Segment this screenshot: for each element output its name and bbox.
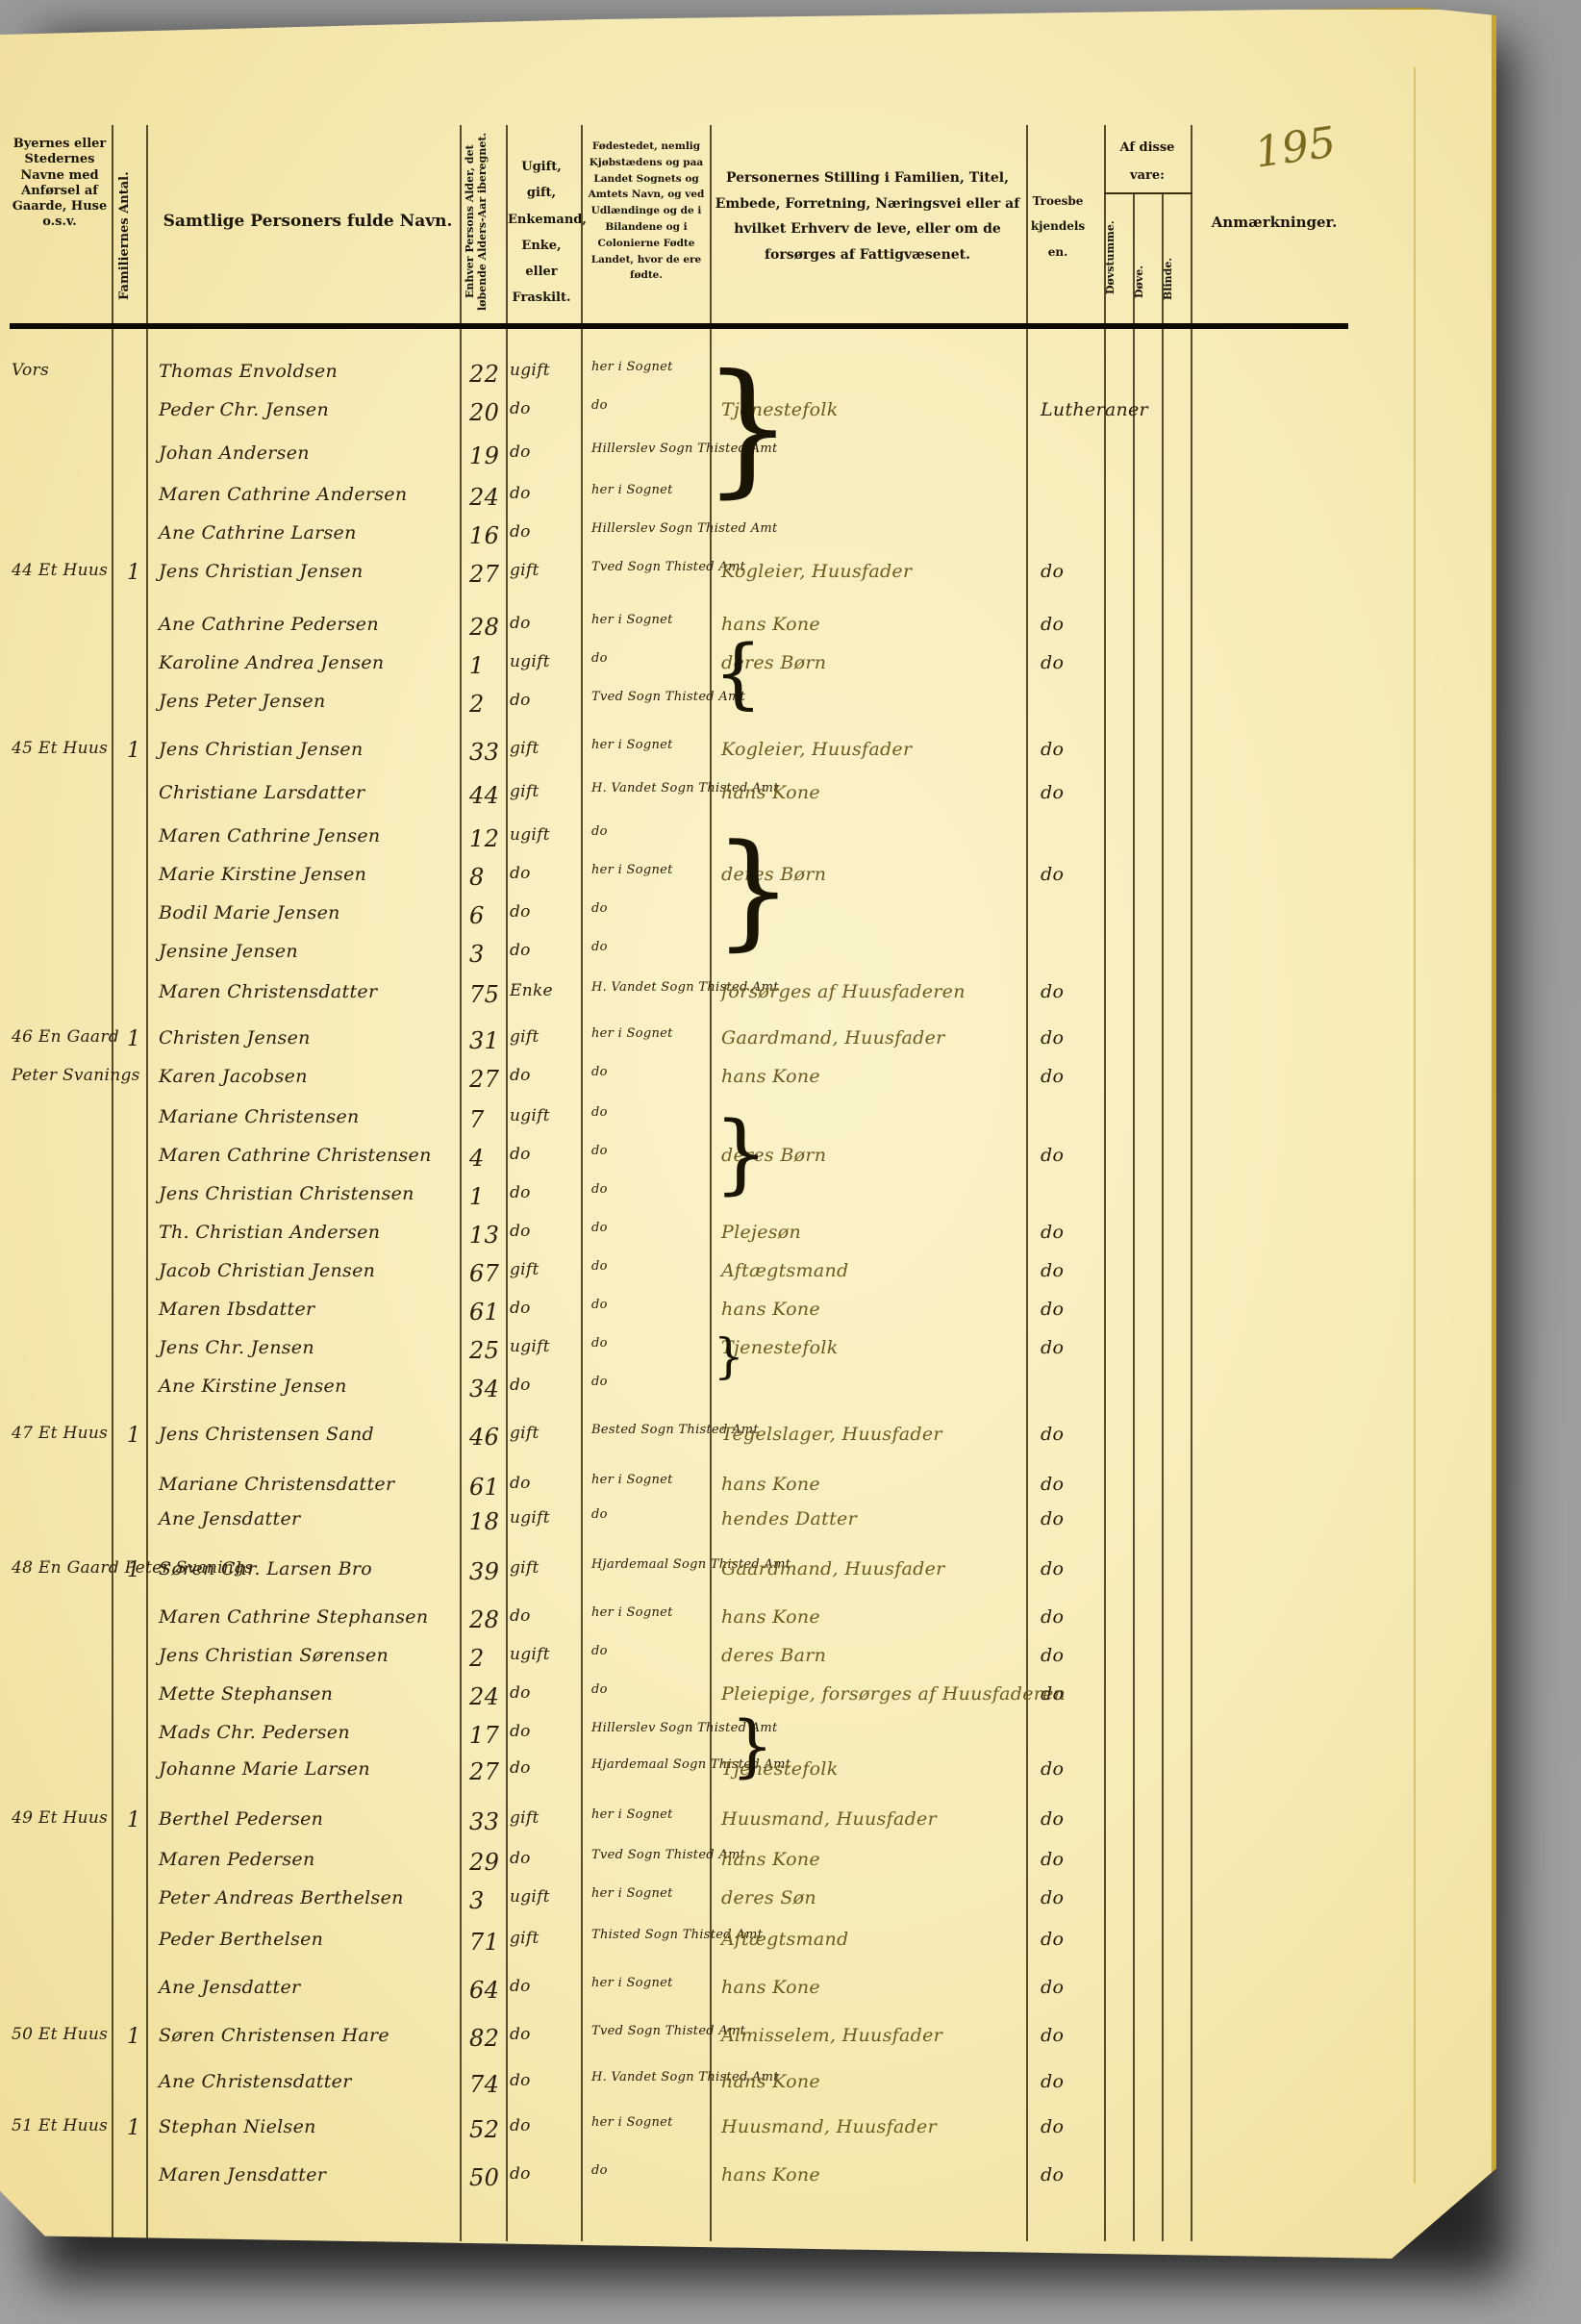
house-cell: 44 Et Huus bbox=[12, 561, 146, 580]
header-blind: Blinde. bbox=[1162, 245, 1187, 313]
occupation-cell: Gaardmand, Huusfader bbox=[721, 1027, 1029, 1048]
census-row: Maren Christensdatter 75 Enke H. Vandet … bbox=[0, 981, 1250, 1020]
age-cell: 4 bbox=[469, 1145, 513, 1172]
person-name-cell: Maren Jensdatter bbox=[159, 2164, 466, 2185]
birthplace-cell: Thisted Sogn Thisted Amt bbox=[591, 1929, 716, 1942]
civil-status-cell: do bbox=[510, 1376, 577, 1395]
person-name-cell: Bodil Marie Jensen bbox=[159, 902, 466, 923]
faith-cell: do bbox=[1041, 1260, 1098, 1281]
birthplace-cell: her i Sognet bbox=[591, 1606, 716, 1620]
person-name-cell: Christen Jensen bbox=[159, 1027, 466, 1048]
occupation-cell: Kogleier, Huusfader bbox=[721, 561, 1029, 582]
occupation-cell: Tegelslager, Huusfader bbox=[721, 1424, 1029, 1445]
birthplace-cell: Hillerslev Sogn Thisted Amt bbox=[591, 1722, 716, 1735]
age-cell: 24 bbox=[469, 484, 513, 511]
occupation-cell: Almisselem, Huusfader bbox=[721, 2025, 1029, 2046]
age-cell: 16 bbox=[469, 522, 513, 549]
civil-status-cell: ugift bbox=[510, 1106, 577, 1125]
faith-cell: do bbox=[1041, 2025, 1098, 2046]
house-cell: 47 Et Huus bbox=[12, 1424, 146, 1443]
person-name-cell: Jens Christian Jensen bbox=[159, 561, 466, 582]
age-cell: 3 bbox=[469, 1887, 513, 1914]
birthplace-cell: her i Sognet bbox=[591, 864, 716, 877]
faith-cell: do bbox=[1041, 1508, 1098, 1529]
header-occupation: Personernes Stilling i Familien, Titel, … bbox=[714, 165, 1021, 267]
occupation-cell: hans Kone bbox=[721, 782, 1029, 803]
census-row: Ane Cathrine Larsen 16 do Hillerslev Sog… bbox=[0, 522, 1250, 561]
civil-status-cell: do bbox=[510, 902, 577, 922]
birthplace-cell: do bbox=[591, 1222, 716, 1235]
age-cell: 33 bbox=[469, 739, 513, 766]
census-row: 44 Et Huus 1 Jens Christian Jensen 27 gi… bbox=[0, 561, 1250, 599]
birthplace-cell: Hjardemaal Sogn Thisted Amt bbox=[591, 1558, 716, 1572]
occupation-cell: hans Kone bbox=[721, 1066, 1029, 1087]
faith-cell: do bbox=[1041, 1424, 1098, 1445]
age-cell: 29 bbox=[469, 1849, 513, 1876]
person-name-cell: Jens Christensen Sand bbox=[159, 1424, 466, 1445]
birthplace-cell: Hjardemaal Sogn Thisted Amt bbox=[591, 1758, 716, 1772]
faith-cell: do bbox=[1041, 1299, 1098, 1320]
birthplace-cell: do bbox=[591, 2164, 716, 2178]
age-cell: 1 bbox=[469, 652, 513, 679]
birthplace-cell: do bbox=[591, 825, 716, 839]
faith-cell: do bbox=[1041, 1887, 1098, 1908]
census-row: Karoline Andrea Jensen 1 ugift do deres … bbox=[0, 652, 1250, 691]
birthplace-cell: do bbox=[591, 1508, 716, 1522]
faith-cell: do bbox=[1041, 1222, 1098, 1243]
header-house: Byernes eller Stedernes Navne med Anførs… bbox=[12, 137, 108, 231]
age-cell: 12 bbox=[469, 825, 513, 852]
census-row: Marie Kirstine Jensen 8 do her i Sognet … bbox=[0, 864, 1250, 902]
faith-cell: do bbox=[1041, 652, 1098, 673]
civil-status-cell: do bbox=[510, 1183, 577, 1202]
civil-status-cell: do bbox=[510, 1606, 577, 1626]
occupation-cell: Huusmand, Huusfader bbox=[721, 2116, 1029, 2137]
occupation-cell: Tjenestefolk bbox=[721, 1337, 1029, 1358]
civil-status-cell: do bbox=[510, 2071, 577, 2090]
birthplace-cell: Tved Sogn Thisted Amt bbox=[591, 561, 716, 574]
person-name-cell: Mads Chr. Pedersen bbox=[159, 1722, 466, 1743]
birthplace-cell: do bbox=[591, 399, 716, 413]
birthplace-cell: her i Sognet bbox=[591, 1474, 716, 1487]
family-count-cell: 1 bbox=[127, 1424, 156, 1448]
census-page: 195 Byernes eller Stedernes Navne med An… bbox=[0, 8, 1496, 2259]
birthplace-cell: do bbox=[591, 1299, 716, 1312]
person-name-cell: Jens Chr. Jensen bbox=[159, 1337, 466, 1358]
civil-status-cell: gift bbox=[510, 561, 577, 580]
census-row: 50 Et Huus 1 Søren Christensen Hare 82 d… bbox=[0, 2025, 1250, 2063]
person-name-cell: Maren Cathrine Jensen bbox=[159, 825, 466, 846]
birthplace-cell: Hillerslev Sogn Thisted Amt bbox=[591, 442, 716, 456]
census-row: Ane Christensdatter 74 do H. Vandet Sogn… bbox=[0, 2071, 1250, 2109]
person-name-cell: Maren Christensdatter bbox=[159, 981, 466, 1002]
census-row: 46 En Gaard 1 Christen Jensen 31 gift he… bbox=[0, 1027, 1250, 1066]
header-deaf-mute: Døvstumme. bbox=[1104, 202, 1131, 313]
age-cell: 28 bbox=[469, 614, 513, 641]
census-row: Peter Svanings Karen Jacobsen 27 do do h… bbox=[0, 1066, 1250, 1104]
person-name-cell: Maren Ibsdatter bbox=[159, 1299, 466, 1320]
census-row: 48 En Gaard Peter Svanings 1 Søren Chr. … bbox=[0, 1558, 1250, 1597]
civil-status-cell: do bbox=[510, 484, 577, 503]
civil-status-cell: ugift bbox=[510, 361, 577, 380]
census-row: Jens Chr. Jensen 25 ugift do Tjenestefol… bbox=[0, 1337, 1250, 1376]
faith-cell: do bbox=[1041, 614, 1098, 635]
occupation-cell: Kogleier, Huusfader bbox=[721, 739, 1029, 760]
civil-status-cell: ugift bbox=[510, 1508, 577, 1528]
occupation-cell: Plejesøn bbox=[721, 1222, 1029, 1243]
brace-icon: { bbox=[714, 635, 763, 712]
census-row: Maren Cathrine Stephansen 28 do her i So… bbox=[0, 1606, 1250, 1645]
faith-cell: do bbox=[1041, 1808, 1098, 1830]
faith-cell: do bbox=[1041, 1645, 1098, 1666]
family-count-cell: 1 bbox=[127, 1027, 156, 1051]
person-name-cell: Peder Chr. Jensen bbox=[159, 399, 466, 420]
faith-cell: do bbox=[1041, 1558, 1098, 1579]
civil-status-cell: gift bbox=[510, 1424, 577, 1443]
faith-cell: do bbox=[1041, 2071, 1098, 2092]
civil-status-cell: do bbox=[510, 399, 577, 418]
birthplace-cell: do bbox=[591, 1106, 716, 1120]
age-cell: 74 bbox=[469, 2071, 513, 2098]
census-row: Ane Cathrine Pedersen 28 do her i Sognet… bbox=[0, 614, 1250, 652]
occupation-cell: deres Børn bbox=[721, 652, 1029, 673]
civil-status-cell: do bbox=[510, 941, 577, 960]
family-count-cell: 1 bbox=[127, 2116, 156, 2140]
brace-icon: } bbox=[714, 1332, 744, 1380]
age-cell: 6 bbox=[469, 902, 513, 929]
page-fold-edge bbox=[1414, 67, 1416, 2184]
census-row: Ane Jensdatter 18 ugift do hendes Datter… bbox=[0, 1508, 1250, 1547]
census-row: Johan Andersen 19 do Hillerslev Sogn Thi… bbox=[0, 442, 1250, 481]
civil-status-cell: do bbox=[510, 1145, 577, 1164]
faith-cell: do bbox=[1041, 1758, 1098, 1780]
person-name-cell: Ane Jensdatter bbox=[159, 1508, 466, 1529]
person-name-cell: Thomas Envoldsen bbox=[159, 361, 466, 382]
occupation-cell: forsørges af Huusfaderen bbox=[721, 981, 1029, 1002]
age-cell: 50 bbox=[469, 2164, 513, 2191]
civil-status-cell: do bbox=[510, 1683, 577, 1703]
house-cell: 48 En Gaard Peter Svanings bbox=[12, 1558, 146, 1578]
age-cell: 28 bbox=[469, 1606, 513, 1633]
age-cell: 3 bbox=[469, 941, 513, 968]
person-name-cell: Ane Jensdatter bbox=[159, 1977, 466, 1998]
person-name-cell: Karoline Andrea Jensen bbox=[159, 652, 466, 673]
person-name-cell: Mariane Christensdatter bbox=[159, 1474, 466, 1495]
person-name-cell: Christiane Larsdatter bbox=[159, 782, 466, 803]
census-row: Christiane Larsdatter 44 gift H. Vandet … bbox=[0, 782, 1250, 821]
age-cell: 20 bbox=[469, 399, 513, 426]
age-cell: 71 bbox=[469, 1929, 513, 1956]
house-cell: 51 Et Huus bbox=[12, 2116, 146, 2135]
person-name-cell: Johan Andersen bbox=[159, 442, 466, 464]
person-name-cell: Ane Kirstine Jensen bbox=[159, 1376, 466, 1397]
census-row: Maren Cathrine Andersen 24 do her i Sogn… bbox=[0, 484, 1250, 522]
age-cell: 31 bbox=[469, 1027, 513, 1054]
faith-cell: do bbox=[1041, 739, 1098, 760]
person-name-cell: Mariane Christensen bbox=[159, 1106, 466, 1127]
birthplace-cell: her i Sognet bbox=[591, 484, 716, 497]
occupation-cell: hans Kone bbox=[721, 2164, 1029, 2185]
birthplace-cell: do bbox=[591, 652, 716, 666]
age-cell: 44 bbox=[469, 782, 513, 809]
house-cell: Vors bbox=[12, 361, 146, 380]
census-row: Jens Christian Sørensen 2 ugift do deres… bbox=[0, 1645, 1250, 1683]
birthplace-cell: Tved Sogn Thisted Amt bbox=[591, 1849, 716, 1862]
birthplace-cell: H. Vandet Sogn Thisted Amt bbox=[591, 782, 716, 796]
civil-status-cell: ugift bbox=[510, 652, 577, 671]
birthplace-cell: do bbox=[591, 1260, 716, 1274]
age-cell: 75 bbox=[469, 981, 513, 1008]
census-row: Maren Cathrine Christensen 4 do do deres… bbox=[0, 1145, 1250, 1183]
birthplace-cell: her i Sognet bbox=[591, 1977, 716, 1990]
census-row: Ane Jensdatter 64 do her i Sognet hans K… bbox=[0, 1977, 1250, 2015]
person-name-cell: Peter Andreas Berthelsen bbox=[159, 1887, 466, 1908]
civil-status-cell: gift bbox=[510, 1808, 577, 1828]
occupation-cell: hans Kone bbox=[721, 1977, 1029, 1998]
person-name-cell: Jens Christian Christensen bbox=[159, 1183, 466, 1204]
civil-status-cell: do bbox=[510, 1066, 577, 1085]
birthplace-cell: do bbox=[591, 1376, 716, 1389]
occupation-cell: hans Kone bbox=[721, 1474, 1029, 1495]
birthplace-cell: her i Sognet bbox=[591, 1808, 716, 1822]
civil-status-cell: gift bbox=[510, 1558, 577, 1578]
person-name-cell: Th. Christian Andersen bbox=[159, 1222, 466, 1243]
occupation-cell: Aftægtsmand bbox=[721, 1929, 1029, 1950]
census-row: Peter Andreas Berthelsen 3 ugift her i S… bbox=[0, 1887, 1250, 1926]
faith-cell: do bbox=[1041, 1849, 1098, 1870]
age-cell: 18 bbox=[469, 1508, 513, 1535]
birthplace-cell: H. Vandet Sogn Thisted Amt bbox=[591, 981, 716, 995]
faith-cell: do bbox=[1041, 1474, 1098, 1495]
faith-cell: do bbox=[1041, 1683, 1098, 1705]
header-birthplace: Fødestedet, nemlig Kjøbstædens og paa La… bbox=[583, 139, 710, 284]
civil-status-cell: do bbox=[510, 864, 577, 883]
disability-subheader-rule bbox=[1104, 192, 1192, 194]
age-cell: 7 bbox=[469, 1106, 513, 1133]
family-count-cell: 1 bbox=[127, 739, 156, 763]
age-cell: 39 bbox=[469, 1558, 513, 1585]
person-name-cell: Maren Pedersen bbox=[159, 1849, 466, 1870]
birthplace-cell: do bbox=[591, 941, 716, 954]
birthplace-cell: her i Sognet bbox=[591, 739, 716, 752]
brace-icon: } bbox=[702, 356, 793, 500]
birthplace-cell: do bbox=[591, 1145, 716, 1158]
age-cell: 27 bbox=[469, 1758, 513, 1785]
age-cell: 64 bbox=[469, 1977, 513, 2004]
census-row: Jensine Jensen 3 do do bbox=[0, 941, 1250, 979]
civil-status-cell: gift bbox=[510, 1929, 577, 1948]
person-name-cell: Søren Christensen Hare bbox=[159, 2025, 466, 2046]
age-cell: 8 bbox=[469, 864, 513, 891]
birthplace-cell: do bbox=[591, 1683, 716, 1697]
census-row: Jacob Christian Jensen 67 gift do Aftægt… bbox=[0, 1260, 1250, 1299]
age-cell: 61 bbox=[469, 1474, 513, 1501]
birthplace-cell: her i Sognet bbox=[591, 614, 716, 627]
person-name-cell: Johanne Marie Larsen bbox=[159, 1758, 466, 1780]
civil-status-cell: do bbox=[510, 442, 577, 462]
person-name-cell: Ane Cathrine Larsen bbox=[159, 522, 466, 543]
census-row: Mads Chr. Pedersen 17 do Hillerslev Sogn… bbox=[0, 1722, 1250, 1760]
civil-status-cell: do bbox=[510, 1849, 577, 1868]
faith-cell: do bbox=[1041, 2164, 1098, 2185]
faith-cell: do bbox=[1041, 1145, 1098, 1166]
faith-cell: do bbox=[1041, 782, 1098, 803]
civil-status-cell: ugift bbox=[510, 1645, 577, 1664]
brace-icon: } bbox=[714, 1111, 768, 1198]
header-faith: Troesbekjendelsen. bbox=[1029, 189, 1087, 265]
civil-status-cell: do bbox=[510, 1222, 577, 1241]
header-rule bbox=[10, 323, 1348, 329]
census-row: Vors Thomas Envoldsen 22 ugift her i Sog… bbox=[0, 361, 1250, 399]
civil-status-cell: Enke bbox=[510, 981, 577, 1000]
age-cell: 27 bbox=[469, 561, 513, 588]
house-cell: 50 Et Huus bbox=[12, 2025, 146, 2044]
age-cell: 22 bbox=[469, 361, 513, 388]
folio-number: 195 bbox=[1252, 117, 1339, 177]
person-name-cell: Maren Cathrine Stephansen bbox=[159, 1606, 466, 1628]
age-cell: 19 bbox=[469, 442, 513, 469]
person-name-cell: Maren Cathrine Christensen bbox=[159, 1145, 466, 1166]
age-cell: 1 bbox=[469, 1183, 513, 1210]
occupation-cell: hans Kone bbox=[721, 1849, 1029, 1870]
header-remarks: Anmærkninger. bbox=[1202, 214, 1346, 232]
age-cell: 27 bbox=[469, 1066, 513, 1093]
occupation-cell: hans Kone bbox=[721, 2071, 1029, 2092]
person-name-cell: Jens Christian Jensen bbox=[159, 739, 466, 760]
civil-status-cell: do bbox=[510, 522, 577, 542]
census-row: Peder Berthelsen 71 gift Thisted Sogn Th… bbox=[0, 1929, 1250, 1967]
census-row: Jens Christian Christensen 1 do do bbox=[0, 1183, 1250, 1222]
house-cell: 46 En Gaard bbox=[12, 1027, 146, 1047]
census-row: Johanne Marie Larsen 27 do Hjardemaal So… bbox=[0, 1758, 1250, 1797]
civil-status-cell: gift bbox=[510, 782, 577, 801]
person-name-cell: Peder Berthelsen bbox=[159, 1929, 466, 1950]
header-civil-status: Ugift, gift, Enkemand, Enke, eller Frask… bbox=[508, 154, 575, 312]
census-row: Mette Stephansen 24 do do Pleiepige, for… bbox=[0, 1683, 1250, 1722]
age-cell: 17 bbox=[469, 1722, 513, 1749]
occupation-cell: deres Søn bbox=[721, 1887, 1029, 1908]
person-name-cell: Jens Peter Jensen bbox=[159, 691, 466, 712]
birthplace-cell: her i Sognet bbox=[591, 2116, 716, 2130]
census-row: 49 Et Huus 1 Berthel Pedersen 33 gift he… bbox=[0, 1808, 1250, 1847]
civil-status-cell: do bbox=[510, 1977, 577, 1996]
birthplace-cell: her i Sognet bbox=[591, 1887, 716, 1901]
birthplace-cell: H. Vandet Sogn Thisted Amt bbox=[591, 2071, 716, 2084]
person-name-cell: Maren Cathrine Andersen bbox=[159, 484, 466, 505]
birthplace-cell: Tved Sogn Thisted Amt bbox=[591, 691, 716, 704]
person-name-cell: Jens Christian Sørensen bbox=[159, 1645, 466, 1666]
birthplace-cell: do bbox=[591, 1066, 716, 1079]
birthplace-cell: Tved Sogn Thisted Amt bbox=[591, 2025, 716, 2038]
age-cell: 33 bbox=[469, 1808, 513, 1835]
census-row: Bodil Marie Jensen 6 do do bbox=[0, 902, 1250, 941]
civil-status-cell: ugift bbox=[510, 1887, 577, 1907]
birthplace-cell: do bbox=[591, 1337, 716, 1351]
occupation-cell: Huusmand, Huusfader bbox=[721, 1808, 1029, 1830]
faith-cell: do bbox=[1041, 1606, 1098, 1628]
civil-status-cell: do bbox=[510, 1722, 577, 1741]
person-name-cell: Ane Christensdatter bbox=[159, 2071, 466, 2092]
birthplace-cell: her i Sognet bbox=[591, 1027, 716, 1041]
civil-status-cell: do bbox=[510, 691, 577, 710]
census-row: Maren Cathrine Jensen 12 ugift do bbox=[0, 825, 1250, 864]
birthplace-cell: Bested Sogn Thisted Amt bbox=[591, 1424, 716, 1437]
header-name: Samtlige Personers fulde Navn. bbox=[154, 212, 462, 232]
census-row: Th. Christian Andersen 13 do do Plejesøn… bbox=[0, 1222, 1250, 1260]
civil-status-cell: do bbox=[510, 2116, 577, 2135]
civil-status-cell: do bbox=[510, 1299, 577, 1318]
civil-status-cell: do bbox=[510, 1474, 577, 1493]
occupation-cell: deres Barn bbox=[721, 1645, 1029, 1666]
civil-status-cell: do bbox=[510, 2164, 577, 2184]
person-name-cell: Søren Chr. Larsen Bro bbox=[159, 1558, 466, 1579]
age-cell: 13 bbox=[469, 1222, 513, 1249]
age-cell: 46 bbox=[469, 1424, 513, 1451]
faith-cell: do bbox=[1041, 1337, 1098, 1358]
age-cell: 2 bbox=[469, 1645, 513, 1672]
census-row: Jens Peter Jensen 2 do Tved Sogn Thisted… bbox=[0, 691, 1250, 729]
age-cell: 52 bbox=[469, 2116, 513, 2143]
house-cell: Peter Svanings bbox=[12, 1066, 146, 1085]
census-row: Mariane Christensen 7 ugift do bbox=[0, 1106, 1250, 1145]
faith-cell: do bbox=[1041, 864, 1098, 885]
house-cell: 49 Et Huus bbox=[12, 1808, 146, 1828]
civil-status-cell: gift bbox=[510, 1260, 577, 1279]
person-name-cell: Stephan Nielsen bbox=[159, 2116, 466, 2137]
age-cell: 24 bbox=[469, 1683, 513, 1710]
age-cell: 82 bbox=[469, 2025, 513, 2052]
census-row: Maren Jensdatter 50 do do hans Kone do bbox=[0, 2164, 1250, 2203]
occupation-cell: hans Kone bbox=[721, 1299, 1029, 1320]
faith-cell: do bbox=[1041, 561, 1098, 582]
age-cell: 61 bbox=[469, 1299, 513, 1326]
family-count-cell: 1 bbox=[127, 1558, 156, 1582]
civil-status-cell: gift bbox=[510, 739, 577, 758]
header-deaf: Døve. bbox=[1133, 250, 1158, 313]
header-age: Enhver Persons Alder, det løbende Alders… bbox=[464, 123, 508, 320]
age-cell: 67 bbox=[469, 1260, 513, 1287]
faith-cell: Lutheraner bbox=[1041, 399, 1098, 420]
census-row: Mariane Christensdatter 61 do her i Sogn… bbox=[0, 1474, 1250, 1512]
faith-cell: do bbox=[1041, 2116, 1098, 2137]
occupation-cell: hans Kone bbox=[721, 614, 1029, 635]
family-count-cell: 1 bbox=[127, 1808, 156, 1832]
occupation-cell: Aftægtsmand bbox=[721, 1260, 1029, 1281]
header-disability-group: Af disse vare: bbox=[1104, 135, 1191, 189]
census-row: 47 Et Huus 1 Jens Christensen Sand 46 gi… bbox=[0, 1424, 1250, 1462]
civil-status-cell: gift bbox=[510, 1027, 577, 1047]
civil-status-cell: ugift bbox=[510, 825, 577, 845]
birthplace-cell: Hillerslev Sogn Thisted Amt bbox=[591, 522, 716, 536]
age-cell: 34 bbox=[469, 1376, 513, 1402]
occupation-cell: hans Kone bbox=[721, 1606, 1029, 1628]
birthplace-cell: do bbox=[591, 1645, 716, 1658]
person-name-cell: Jacob Christian Jensen bbox=[159, 1260, 466, 1281]
occupation-cell: hendes Datter bbox=[721, 1508, 1029, 1529]
census-row: Peder Chr. Jensen 20 do do Tjenestefolk … bbox=[0, 399, 1250, 438]
birthplace-cell: do bbox=[591, 902, 716, 916]
person-name-cell: Karen Jacobsen bbox=[159, 1066, 466, 1087]
census-row: Maren Ibsdatter 61 do do hans Kone do bbox=[0, 1299, 1250, 1337]
brace-icon: } bbox=[731, 1712, 774, 1780]
census-row: 51 Et Huus 1 Stephan Nielsen 52 do her i… bbox=[0, 2116, 1250, 2155]
person-name-cell: Berthel Pedersen bbox=[159, 1808, 466, 1830]
header-families: Familiernes Antal. bbox=[117, 154, 146, 317]
civil-status-cell: do bbox=[510, 1758, 577, 1778]
person-name-cell: Marie Kirstine Jensen bbox=[159, 864, 466, 885]
civil-status-cell: do bbox=[510, 2025, 577, 2044]
person-name-cell: Ane Cathrine Pedersen bbox=[159, 614, 466, 635]
